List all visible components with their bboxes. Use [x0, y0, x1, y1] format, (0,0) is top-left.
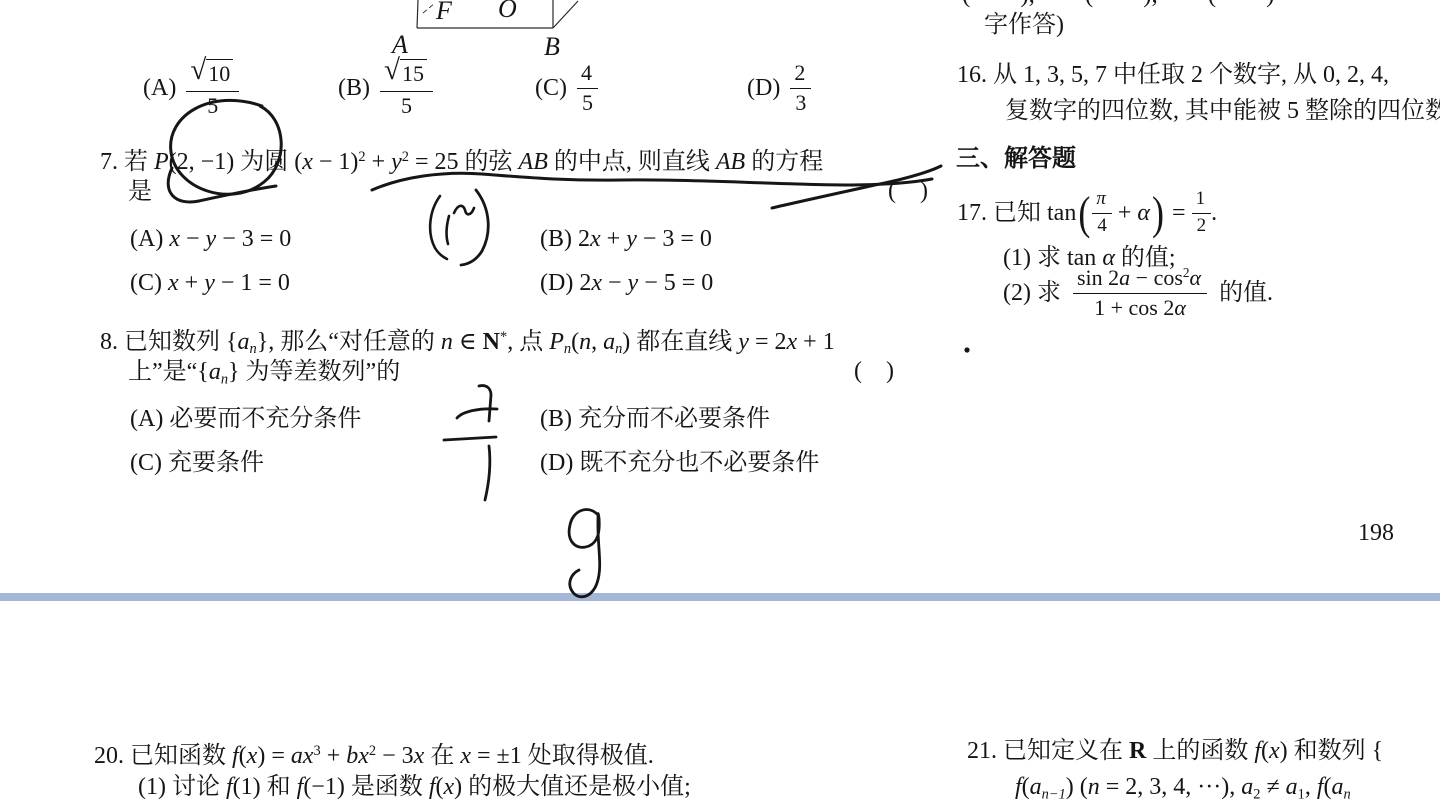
question-8-answer-parentheses: ( )	[854, 356, 894, 386]
question-17-part2: (2) 求 sin 2a − cos2α 1 + cos 2α 的值.	[1003, 263, 1273, 323]
document-page-view: { "colors":{"separator":"#a4b8d6","ink":…	[0, 0, 1440, 810]
denominator: 3	[795, 89, 806, 115]
handwriting-note-stroke-i	[447, 216, 449, 244]
handwriting-note-paren-left	[430, 196, 447, 259]
fraction-sqrt15-over-5: √15 5	[380, 59, 433, 118]
denominator: 5	[401, 92, 412, 118]
question-7-option-a: (A) x − y − 3 = 0	[130, 224, 291, 254]
cropped-line-fragments: ( ), ( ), ( )	[962, 0, 1440, 8]
big-paren-open: (	[1078, 190, 1090, 237]
q17-period: .	[1211, 198, 1217, 228]
question-8-line2: 上”是“{an} 为等差数列”的	[128, 357, 400, 394]
handwriting-note-paren-right	[461, 190, 488, 265]
question-8-option-a: (A) 必要而不充分条件	[130, 404, 361, 434]
fraction-sqrt10-over-5: √10 5	[186, 59, 239, 118]
question-7-option-c: (C) x + y − 1 = 0	[130, 268, 290, 298]
question-7-option-d: (D) 2x − y − 5 = 0	[540, 268, 713, 298]
denominator: 4	[1097, 214, 1107, 237]
right-col-zuoda-line: 字作答)	[984, 10, 1064, 40]
option-b-label: (B)	[338, 75, 370, 102]
question-21-line2: f(an−1) (n = 2, 3, 4, ···), a2 ≠ a1, f(a…	[1015, 772, 1351, 809]
denominator: 2	[1197, 214, 1207, 237]
question-20-line1: 20. 已知函数 f(x) = ax3 + bx2 − 3x 在 x = ±1 …	[94, 736, 654, 771]
handwriting-letter-g	[569, 510, 600, 597]
option-d-label: (D)	[747, 75, 780, 102]
section-header-jiedati: 三、解答题	[956, 144, 1076, 174]
numerator: π	[1092, 189, 1112, 214]
fraction-2-over-3: 2 3	[790, 61, 811, 115]
numerator: 4	[577, 61, 598, 89]
fraction-4-over-5: 4 5	[577, 61, 598, 115]
handwriting-plus-horizontal	[457, 409, 497, 418]
handwriting-lower-vertical	[485, 446, 490, 500]
option-b-sqrt15-5: (B) √15 5	[338, 56, 433, 120]
handwriting-note-tilde	[454, 206, 474, 214]
option-a-sqrt10-5: (A) √10 5	[143, 56, 239, 120]
figure-label-f: F	[435, 0, 453, 25]
fraction-pi-over-4: π 4	[1092, 189, 1112, 236]
page-number: 198	[1358, 518, 1394, 548]
question-7-line1: 7. 若 P(2, −1) 为圆 (x − 1)2 + y2 = 25 的弦 A…	[100, 142, 823, 177]
question-8-option-d: (D) 既不充分也不必要条件	[540, 448, 819, 478]
figure-label-o: O	[498, 0, 517, 23]
numerator: 2	[790, 61, 811, 89]
question-7-answer-parentheses: ( )	[888, 176, 928, 206]
numerator: 1	[1192, 189, 1212, 214]
question-7-line2: 是	[128, 177, 152, 207]
question-20-line2: (1) 讨论 f(1) 和 f(−1) 是函数 f(x) 的极大值还是极小值;	[138, 772, 691, 802]
stray-dot	[964, 347, 969, 352]
option-c-label: (C)	[535, 75, 567, 102]
q17-equals: =	[1166, 198, 1192, 228]
fraction-sin2a-expression: sin 2a − cos2α 1 + cos 2α	[1073, 266, 1207, 320]
handwriting-fraction-bar	[444, 437, 496, 440]
question-7-option-b: (B) 2x + y − 3 = 0	[540, 224, 712, 254]
radicand: 15	[400, 59, 427, 86]
denominator: 1 + cos 2α	[1094, 294, 1186, 320]
denominator: 5	[582, 89, 593, 115]
page-separator-bar	[0, 593, 1440, 601]
denominator: 5	[207, 92, 218, 118]
radical-sign: √	[384, 56, 400, 85]
q17-part2-suffix: 的值.	[1213, 278, 1273, 308]
question-8-option-b: (B) 充分而不必要条件	[540, 404, 770, 434]
big-paren-close: )	[1152, 190, 1164, 237]
figure-left-edge	[417, 0, 418, 28]
option-d-2-3: (D) 2 3	[747, 56, 811, 120]
radical-sign: √	[190, 56, 206, 85]
option-c-4-5: (C) 4 5	[535, 56, 598, 120]
numerator: sin 2a − cos2α	[1073, 266, 1207, 294]
question-21-line1: 21. 已知定义在 R 上的函数 f(x) 和数列 {	[967, 736, 1383, 766]
q17-prefix: 17. 已知 tan	[957, 198, 1076, 228]
figure-label-b: B	[544, 32, 560, 58]
q17-plus-alpha: + α	[1112, 198, 1150, 228]
option-a-label: (A)	[143, 75, 176, 102]
q17-part2-prefix: (2) 求	[1003, 278, 1067, 308]
question-16-line1: 16. 从 1, 3, 5, 7 中任取 2 个数字, 从 0, 2, 4,	[957, 60, 1389, 90]
figure-dashed-tick	[423, 3, 435, 13]
question-17-stem: 17. 已知 tan ( π 4 + α ) = 1 2 .	[957, 186, 1217, 240]
question-16-line2: 复数字的四位数, 其中能被 5 整除的四位数	[1005, 96, 1440, 126]
cropped-line-text: ( ), ( ), ( )	[962, 0, 1440, 8]
figure-diagonal-edge	[553, 1, 578, 28]
question-8-option-c: (C) 充要条件	[130, 448, 264, 478]
geometry-figure: A F O B	[378, 0, 600, 58]
radicand: 10	[206, 59, 233, 86]
fraction-1-over-2: 1 2	[1192, 189, 1212, 236]
handwriting-plus-vertical-hook	[479, 386, 491, 421]
